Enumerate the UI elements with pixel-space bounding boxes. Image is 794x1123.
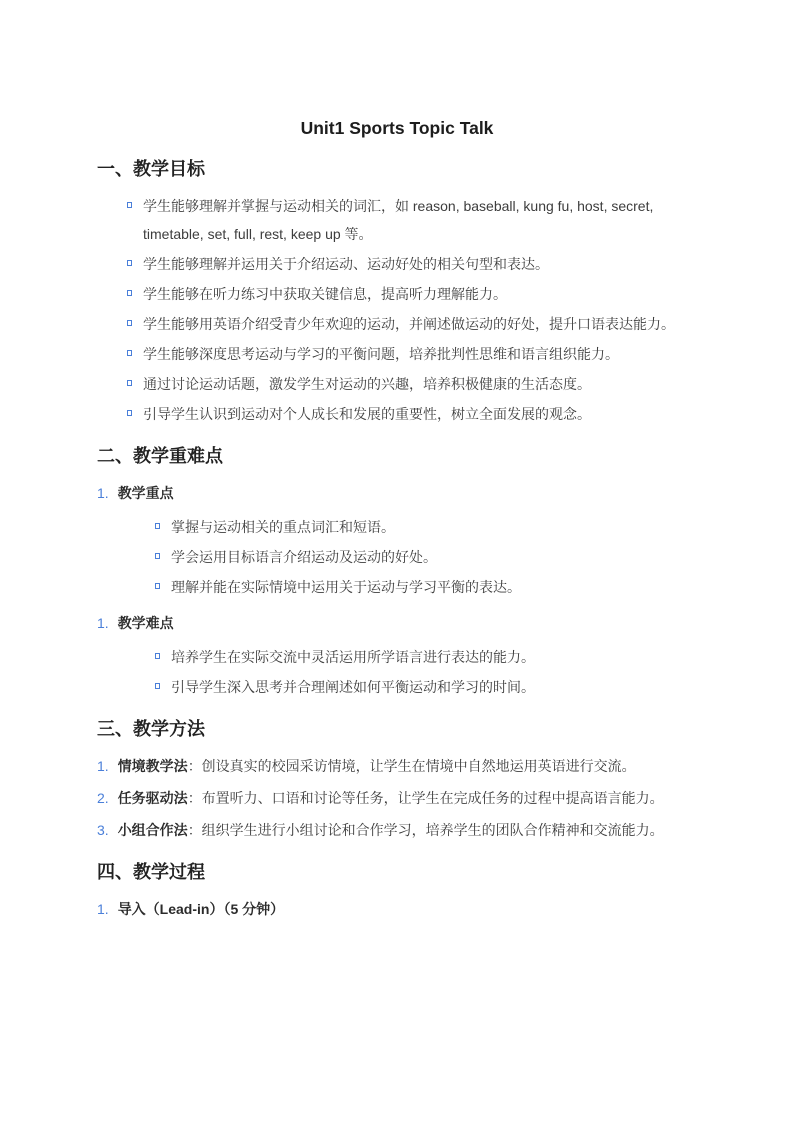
numbered-item: 1.教学重点 bbox=[97, 479, 697, 507]
list-number: 3. bbox=[97, 822, 109, 838]
bullet-item: 学生能够在听力练习中获取关键信息，提高听力理解能力。 bbox=[127, 280, 697, 308]
method-text: ：布置听力、口语和讨论等任务，让学生在完成任务的过程中提高语言能力。 bbox=[188, 790, 664, 806]
method-term: 任务驱动法 bbox=[118, 790, 188, 806]
bullet-text: 学生能够深度思考运动与学习的平衡问题，培养批判性思维和语言组织能力。 bbox=[143, 340, 683, 368]
bullet-text: 培养学生在实际交流中灵活运用所学语言进行表达的能力。 bbox=[171, 643, 535, 671]
list-number: 1. bbox=[97, 901, 109, 917]
bullet-item: 引导学生深入思考并合理阐述如何平衡运动和学习的时间。 bbox=[155, 673, 697, 701]
list-label: 教学难点 bbox=[118, 615, 174, 631]
document-body: Unit1 Sports Topic Talk 一、教学目标 学生能够理解并掌握… bbox=[0, 0, 794, 923]
bullet-text: 学生能够在听力练习中获取关键信息，提高听力理解能力。 bbox=[143, 280, 683, 308]
bullet-text: 学会运用目标语言介绍运动及运动的好处。 bbox=[171, 543, 437, 571]
bullet-marker-icon bbox=[155, 553, 160, 559]
section-heading-process: 四、教学过程 bbox=[97, 858, 697, 886]
bullet-marker-icon bbox=[127, 320, 132, 326]
method-item: 2.任务驱动法：布置听力、口语和讨论等任务，让学生在完成任务的过程中提高语言能力… bbox=[97, 784, 697, 812]
section-heading-key-points: 二、教学重难点 bbox=[97, 442, 697, 470]
bullet-text: 引导学生深入思考并合理阐述如何平衡运动和学习的时间。 bbox=[171, 673, 535, 701]
key-points-list: 掌握与运动相关的重点词汇和短语。 学会运用目标语言介绍运动及运动的好处。 理解并… bbox=[97, 513, 697, 601]
bullet-item: 通过讨论运动话题，激发学生对运动的兴趣，培养积极健康的生活态度。 bbox=[127, 370, 697, 398]
bullet-text: 学生能够用英语介绍受青少年欢迎的运动，并阐述做运动的好处，提升口语表达能力。 bbox=[143, 310, 683, 338]
step-term: 导入（Lead-in）（5 分钟） bbox=[118, 901, 284, 917]
bullet-text: 掌握与运动相关的重点词汇和短语。 bbox=[171, 513, 395, 541]
list-number: 1. bbox=[97, 758, 109, 774]
bullet-text: 学生能够理解并运用关于介绍运动、运动好处的相关句型和表达。 bbox=[143, 250, 683, 278]
objectives-list: 学生能够理解并掌握与运动相关的词汇，如 reason, baseball, ku… bbox=[97, 192, 697, 428]
bullet-marker-icon bbox=[127, 410, 132, 416]
difficulties-list: 培养学生在实际交流中灵活运用所学语言进行表达的能力。 引导学生深入思考并合理阐述… bbox=[97, 643, 697, 701]
section-heading-objectives: 一、教学目标 bbox=[97, 155, 697, 183]
bullet-item: 理解并能在实际情境中运用关于运动与学习平衡的表达。 bbox=[155, 573, 697, 601]
bullet-item: 学会运用目标语言介绍运动及运动的好处。 bbox=[155, 543, 697, 571]
bullet-item: 学生能够理解并掌握与运动相关的词汇，如 reason, baseball, ku… bbox=[127, 192, 697, 248]
method-text: ：创设真实的校园采访情境，让学生在情境中自然地运用英语进行交流。 bbox=[188, 758, 636, 774]
bullet-item: 学生能够深度思考运动与学习的平衡问题，培养批判性思维和语言组织能力。 bbox=[127, 340, 697, 368]
list-number: 2. bbox=[97, 790, 109, 806]
list-number: 1. bbox=[97, 485, 109, 501]
method-term: 情境教学法 bbox=[118, 758, 188, 774]
method-item: 1.情境教学法：创设真实的校园采访情境，让学生在情境中自然地运用英语进行交流。 bbox=[97, 752, 697, 780]
bullet-item: 学生能够理解并运用关于介绍运动、运动好处的相关句型和表达。 bbox=[127, 250, 697, 278]
bullet-text: 学生能够理解并掌握与运动相关的词汇，如 reason, baseball, ku… bbox=[143, 192, 683, 248]
method-term: 小组合作法 bbox=[118, 822, 188, 838]
bullet-marker-icon bbox=[155, 683, 160, 689]
method-text: ：组织学生进行小组讨论和合作学习，培养学生的团队合作精神和交流能力。 bbox=[188, 822, 664, 838]
list-number: 1. bbox=[97, 615, 109, 631]
key-points-group: 1.教学重点 掌握与运动相关的重点词汇和短语。 学会运用目标语言介绍运动及运动的… bbox=[97, 479, 697, 601]
bullet-marker-icon bbox=[127, 380, 132, 386]
bullet-text: 通过讨论运动话题，激发学生对运动的兴趣，培养积极健康的生活态度。 bbox=[143, 370, 683, 398]
bullet-marker-icon bbox=[127, 260, 132, 266]
bullet-marker-icon bbox=[127, 202, 132, 208]
bullet-marker-icon bbox=[155, 523, 160, 529]
bullet-item: 引导学生认识到运动对个人成长和发展的重要性，树立全面发展的观念。 bbox=[127, 400, 697, 428]
method-item: 3.小组合作法：组织学生进行小组讨论和合作学习，培养学生的团队合作精神和交流能力… bbox=[97, 816, 697, 844]
bullet-marker-icon bbox=[155, 583, 160, 589]
document-page: Unit1 Sports Topic Talk 一、教学目标 学生能够理解并掌握… bbox=[0, 0, 794, 1123]
list-label: 教学重点 bbox=[118, 485, 174, 501]
bullet-text: 理解并能在实际情境中运用关于运动与学习平衡的表达。 bbox=[171, 573, 521, 601]
section-heading-methods: 三、教学方法 bbox=[97, 715, 697, 743]
bullet-marker-icon bbox=[155, 653, 160, 659]
bullet-item: 培养学生在实际交流中灵活运用所学语言进行表达的能力。 bbox=[155, 643, 697, 671]
bullet-item: 学生能够用英语介绍受青少年欢迎的运动，并阐述做运动的好处，提升口语表达能力。 bbox=[127, 310, 697, 338]
bullet-text: 引导学生认识到运动对个人成长和发展的重要性，树立全面发展的观念。 bbox=[143, 400, 683, 428]
bullet-marker-icon bbox=[127, 290, 132, 296]
bullet-item: 掌握与运动相关的重点词汇和短语。 bbox=[155, 513, 697, 541]
process-step: 1.导入（Lead-in）（5 分钟） bbox=[97, 895, 697, 923]
bullet-marker-icon bbox=[127, 350, 132, 356]
doc-title: Unit1 Sports Topic Talk bbox=[97, 115, 697, 141]
difficulties-group: 1.教学难点 培养学生在实际交流中灵活运用所学语言进行表达的能力。 引导学生深入… bbox=[97, 609, 697, 701]
numbered-item: 1.教学难点 bbox=[97, 609, 697, 637]
